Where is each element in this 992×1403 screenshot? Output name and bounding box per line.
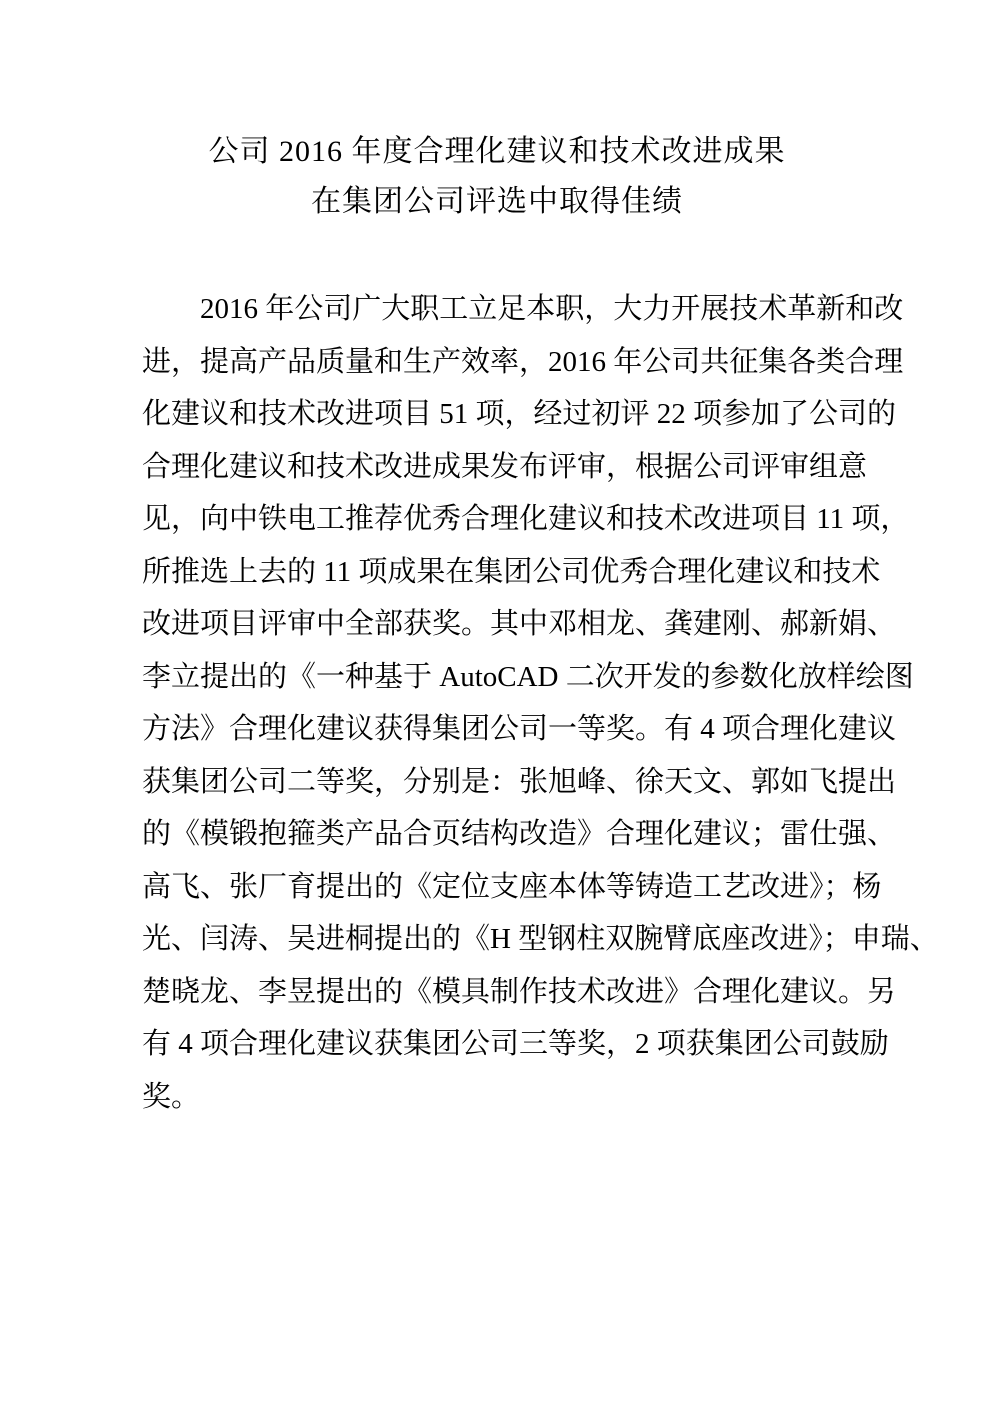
document-page: 公司 2016 年度合理化建议和技术改进成果 在集团公司评选中取得佳绩 2016… bbox=[0, 0, 992, 1403]
body-line: 化建议和技术改进项目 51 项，经过初评 22 项参加了公司的 bbox=[142, 388, 852, 441]
document-title: 公司 2016 年度合理化建议和技术改进成果 在集团公司评选中取得佳绩 bbox=[142, 127, 852, 227]
body-line: 获集团公司二等奖，分别是：张旭峰、徐天文、郭如飞提出 bbox=[142, 756, 852, 809]
body-line: 的《模锻抱箍类产品合页结构改造》合理化建议；雷仕强、 bbox=[142, 808, 852, 861]
body-line: 楚晓龙、李昱提出的《模具制作技术改进》合理化建议。另 bbox=[142, 966, 852, 1019]
body-line: 进，提高产品质量和生产效率，2016 年公司共征集各类合理 bbox=[142, 336, 852, 389]
body-line: 所推选上去的 11 项成果在集团公司优秀合理化建议和技术 bbox=[142, 546, 852, 599]
body-line: 光、闫涛、吴进桐提出的《H 型钢柱双腕臂底座改进》；申瑞、 bbox=[142, 913, 852, 966]
body-line: 改进项目评审中全部获奖。其中邓相龙、龚建刚、郝新娟、 bbox=[142, 598, 852, 651]
body-line: 2016 年公司广大职工立足本职，大力开展技术革新和改 bbox=[142, 283, 852, 336]
title-line-1: 公司 2016 年度合理化建议和技术改进成果 bbox=[142, 127, 852, 177]
title-line-2: 在集团公司评选中取得佳绩 bbox=[142, 177, 852, 227]
body-line: 奖。 bbox=[142, 1071, 852, 1124]
body-line: 有 4 项合理化建议获集团公司三等奖，2 项获集团公司鼓励 bbox=[142, 1018, 852, 1071]
body-line: 见，向中铁电工推荐优秀合理化建议和技术改进项目 11 项， bbox=[142, 493, 852, 546]
body-line: 高飞、张厂育提出的《定位支座本体等铸造工艺改进》；杨 bbox=[142, 861, 852, 914]
body-line: 方法》合理化建议获得集团公司一等奖。有 4 项合理化建议 bbox=[142, 703, 852, 756]
body-line: 李立提出的《一种基于 AutoCAD 二次开发的参数化放样绘图 bbox=[142, 651, 852, 704]
body-paragraph: 2016 年公司广大职工立足本职，大力开展技术革新和改进，提高产品质量和生产效率… bbox=[142, 283, 852, 1123]
body-line: 合理化建议和技术改进成果发布评审，根据公司评审组意 bbox=[142, 441, 852, 494]
